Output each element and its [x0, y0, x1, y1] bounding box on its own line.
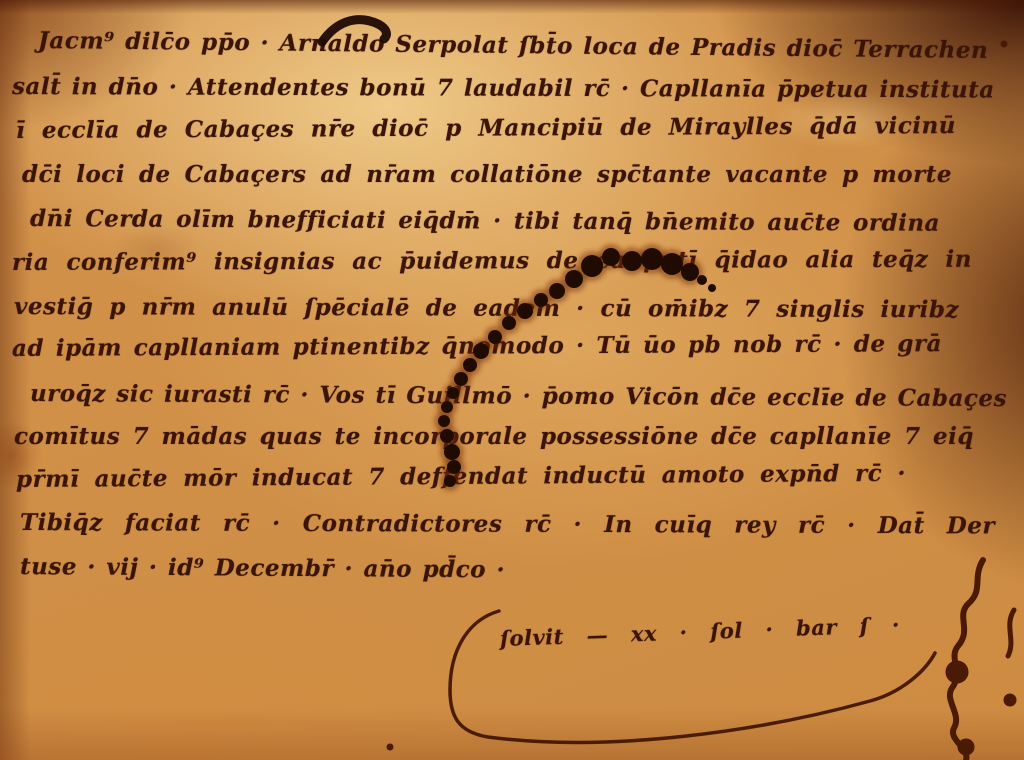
manuscript-line: Tibiq̄z faciat rc̄ · Contradictores rc̄ … [20, 506, 995, 543]
manuscript-line: ī ecclīa de Cabaçes nr̄e dioc̄ p Mancipi… [16, 109, 956, 148]
manuscript-line: dn̄i Cerda olīm bnefficiati eiq̄dm̄ · ti… [30, 202, 940, 241]
manuscript-line: vestiḡ p nr̄m anulū ſpēcialē de eadem · … [14, 290, 959, 327]
manuscript-line: salt̄ in dn̄o · Attendentes bonū 7 lauda… [12, 70, 987, 107]
manuscript-page: Jacm⁹ dilc̄o pp̄o · Arnaldo Serpolat ſbt… [0, 0, 1024, 760]
manuscript-line: Jacm⁹ dilc̄o pp̄o · Arnaldo Serpolat ſbt… [38, 24, 988, 68]
manuscript-line: ad ipām capllaniam ptinentibz q̄nomodo ·… [12, 327, 942, 366]
manuscript-line: uroq̄z sic iurasti rc̄ · Vos tī Guillmō … [30, 377, 995, 416]
manuscript-line: tuse · vij · id⁹ Decembr̄ · an̄o pd̄co · [20, 550, 480, 587]
manuscript-line: dc̄i loci de Cabaçers ad nr̄am collatiōn… [22, 158, 952, 192]
payment-note: ſolvit — xx · ſol · bar ſ · [499, 608, 900, 656]
manuscript-line: pr̄mī auc̄te mōr inducat 7 deffendat ind… [16, 457, 906, 497]
manuscript-line: ria conferim⁹ insignias ac p̄uidemus de … [12, 243, 972, 280]
manuscript-line: comītus 7 mādas quas te incorporale poss… [14, 420, 974, 454]
